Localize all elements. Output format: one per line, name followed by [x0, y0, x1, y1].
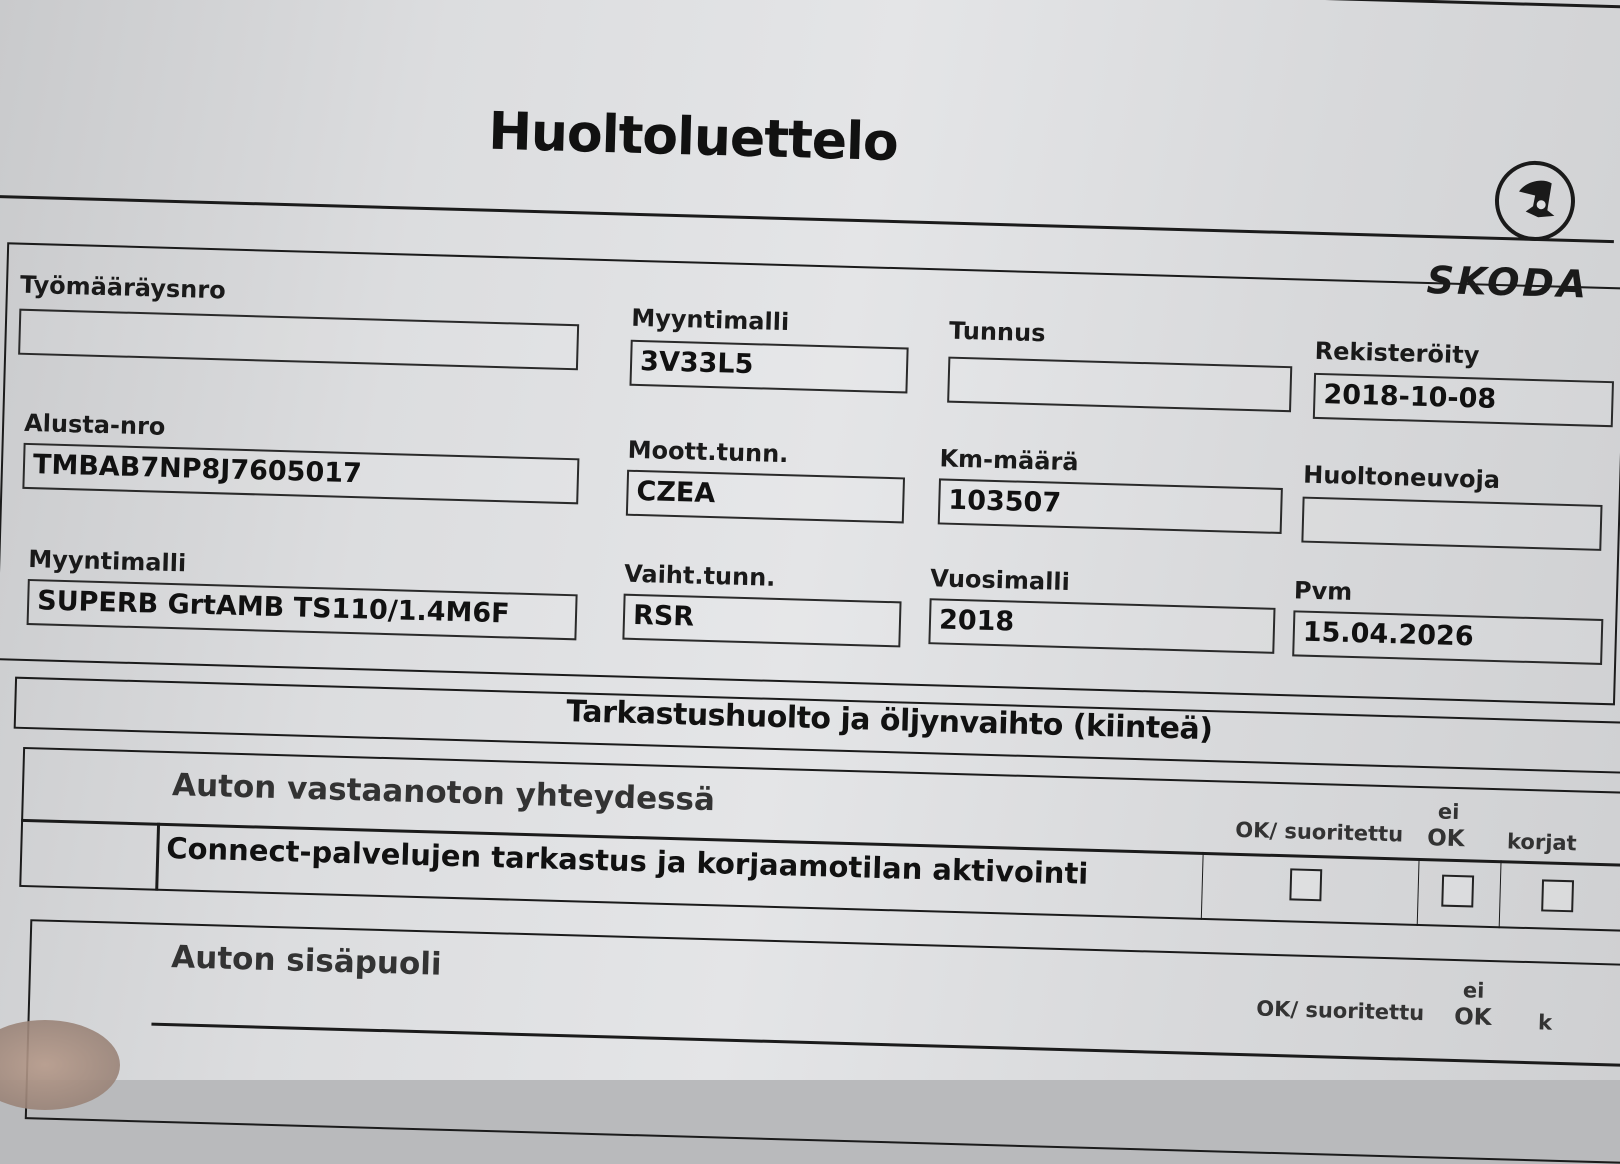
checkbox-not-ok[interactable]	[1441, 875, 1474, 908]
column-not-ok-line2: OK	[1427, 824, 1465, 855]
column-not-ok-line1: ei	[1438, 798, 1460, 826]
field-vuosimalli[interactable]: 2018	[928, 598, 1275, 654]
field-moott-tunn[interactable]: CZEA	[626, 470, 905, 524]
checkbox-fixed[interactable]	[1541, 879, 1574, 912]
checkbox-ok[interactable]	[1289, 868, 1322, 901]
label-myyntimalli-long: Myyntimalli	[28, 545, 187, 577]
label-moott-tunn: Moott.tunn.	[627, 436, 789, 468]
divider	[0, 195, 1614, 243]
service-checklist-page: Huoltoluettelo SKODA Työmääräysnro Alust…	[0, 0, 1619, 1080]
label-km-maara: Km-määrä	[939, 444, 1079, 476]
label-huoltoneuvoja: Huoltoneuvoja	[1303, 461, 1501, 494]
column-ok: OK/ suoritettu	[1235, 817, 1404, 849]
column-not-ok-2-line2: OK	[1454, 1003, 1492, 1034]
label-vuosimalli: Vuosimalli	[930, 564, 1070, 596]
field-rekisteroity[interactable]: 2018-10-08	[1313, 373, 1614, 427]
label-vaiht-tunn: Vaiht.tunn.	[624, 560, 776, 592]
label-rekisteroity: Rekisteröity	[1314, 337, 1479, 370]
label-pvm: Pvm	[1294, 576, 1353, 606]
field-myyntimalli-code[interactable]: 3V33L5	[629, 340, 908, 394]
skoda-logo-icon	[1494, 160, 1576, 242]
column-fixed: korjat	[1507, 828, 1577, 857]
field-km-maara[interactable]: 103507	[938, 478, 1283, 534]
column-fixed-2: k	[1538, 1009, 1553, 1037]
column-ok-2: OK/ suoritettu	[1256, 995, 1425, 1027]
field-vaiht-tunn[interactable]: RSR	[622, 594, 901, 648]
field-tunnus[interactable]	[947, 357, 1292, 413]
field-huoltoneuvoja[interactable]	[1301, 497, 1602, 551]
label-tunnus: Tunnus	[949, 317, 1046, 348]
field-pvm[interactable]: 15.04.2026	[1292, 610, 1603, 665]
label-tyomaaraysnro: Työmääräysnro	[20, 271, 226, 305]
label-myyntimalli-code: Myyntimalli	[631, 304, 790, 336]
group-title-interior: Auton sisäpuoli	[171, 939, 442, 983]
label-alusta-nro: Alusta-nro	[24, 409, 166, 441]
column-not-ok-2-line1: ei	[1463, 977, 1485, 1005]
document-title: Huoltoluettelo	[488, 102, 899, 173]
